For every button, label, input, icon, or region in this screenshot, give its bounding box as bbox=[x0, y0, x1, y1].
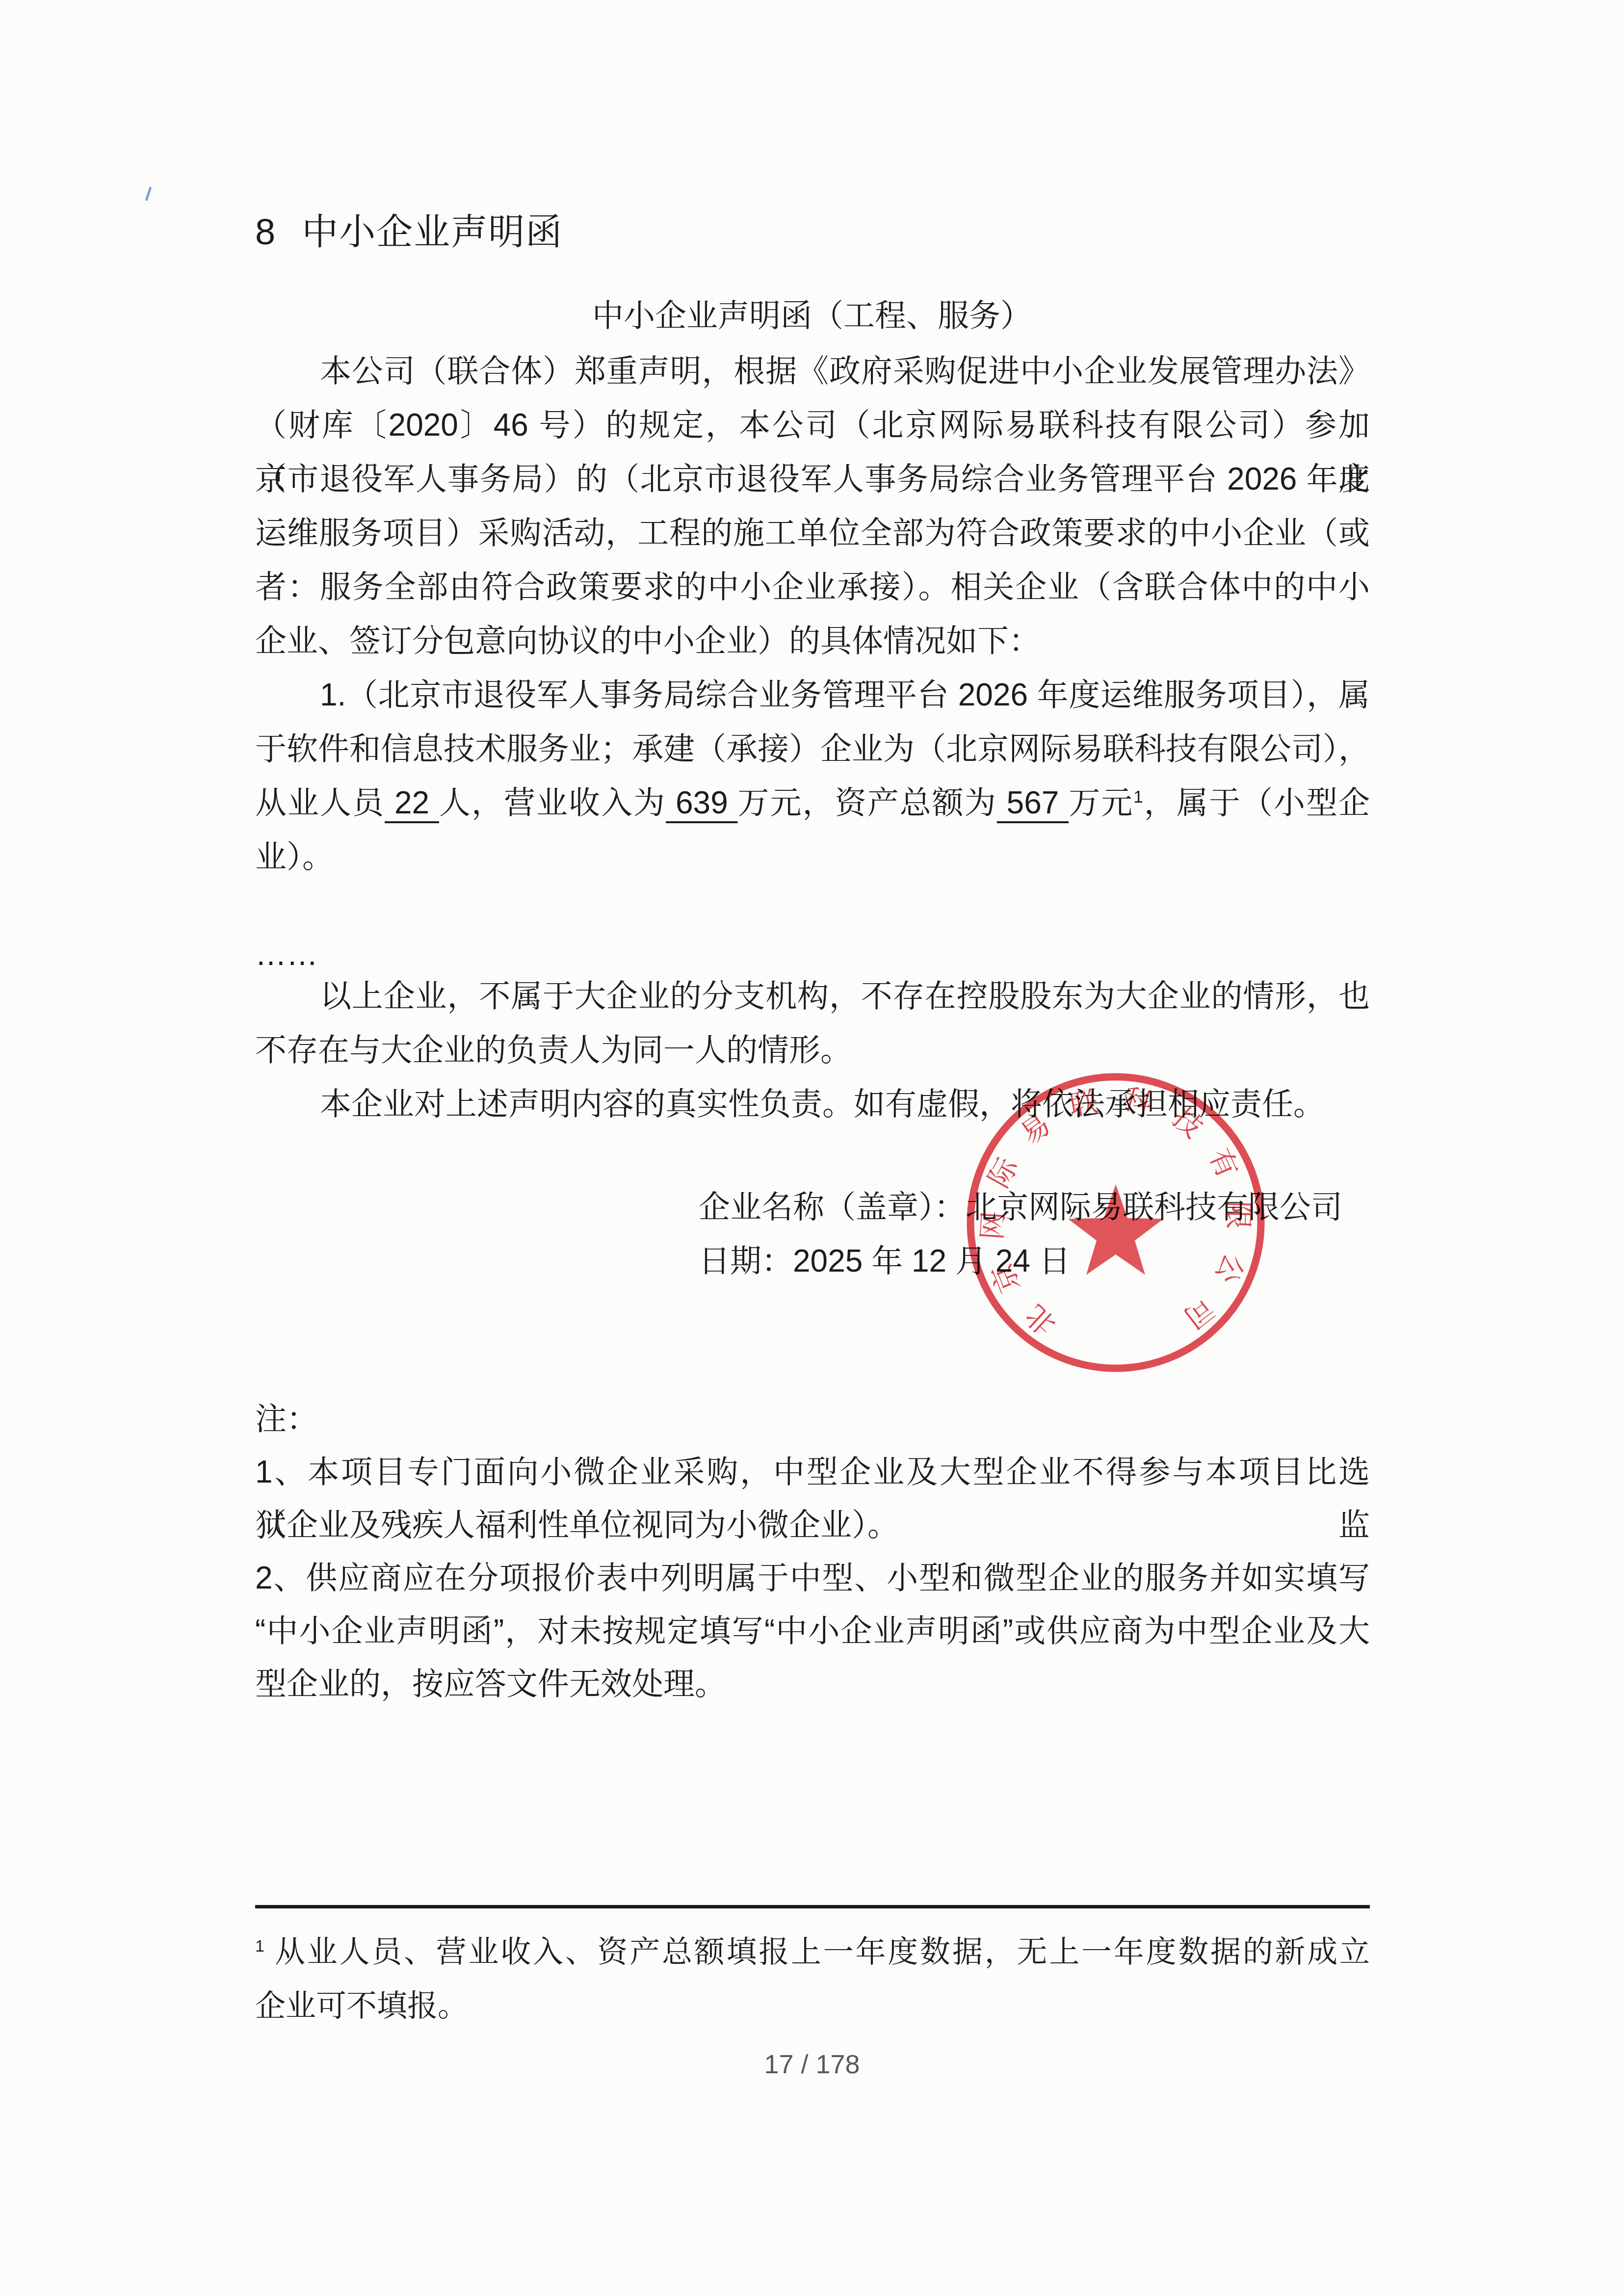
note-line: “中小企业声明函”，对未按规定填写“中小企业声明函”或供应商为中型企业及大 bbox=[255, 1604, 1370, 1657]
paragraph-line: 运维服务项目）采购活动，工程的施工单位全部为符合政策要求的中小企业（或 bbox=[255, 506, 1370, 560]
footnote-line: 企业可不填报。 bbox=[255, 1980, 1370, 2034]
note-line: 型企业的，按应答文件无效处理。 bbox=[255, 1657, 1370, 1710]
document-page: 8中小企业声明函 中小企业声明函（工程、服务） 本公司（联合体）郑重声明，根据《… bbox=[0, 0, 1624, 2296]
pen-mark bbox=[145, 186, 152, 201]
paragraph-line: 本公司（联合体）郑重声明，根据《政府采购促进中小企业发展管理办法》 bbox=[255, 344, 1370, 398]
note-line: 2、供应商应在分项报价表中列明属于中型、小型和微型企业的服务并如实填写 bbox=[255, 1551, 1370, 1604]
document-title: 中小企业声明函（工程、服务） bbox=[0, 288, 1624, 342]
paragraph-line-statistics: 从业人员 22 人，营业收入为 639 万元，资产总额为 567 万元1，属于（… bbox=[255, 776, 1370, 830]
stats-segment: 人，营业收入为 bbox=[439, 785, 666, 820]
revenue-value: 639 bbox=[666, 785, 737, 820]
footnote-section: 1 从业人员、营业收入、资产总额填报上一年度数据，无上一年度数据的新成立 企业可… bbox=[255, 1926, 1370, 2034]
footnote-separator-rule bbox=[255, 1905, 1370, 1908]
stats-segment: 万元，资产总额为 bbox=[738, 785, 997, 820]
footnote-number: 1 bbox=[255, 1937, 264, 1956]
stats-segment: 万元 bbox=[1069, 785, 1133, 820]
paragraph-line: 以上企业，不属于大企业的分支机构，不存在控股股东为大企业的情形，也 bbox=[255, 969, 1370, 1023]
seal-star-icon bbox=[1068, 1184, 1163, 1275]
paragraph-line: 1.（北京市退役军人事务局综合业务管理平台 2026 年度运维服务项目），属 bbox=[255, 668, 1370, 722]
notes-label: 注： bbox=[255, 1392, 1370, 1445]
employee-count-value: 22 bbox=[385, 785, 439, 820]
note-line: 1、本项目专门面向小微企业采购，中型企业及大型企业不得参与本项目比选（监 bbox=[255, 1445, 1370, 1498]
section-number: 8 bbox=[255, 208, 276, 256]
paragraph-line: 业）。 bbox=[255, 830, 1370, 884]
page-number-indicator: 17 / 178 bbox=[0, 2045, 1624, 2084]
section-heading: 8中小企业声明函 bbox=[255, 208, 563, 256]
notes-section: 注： 1、本项目专门面向小微企业采购，中型企业及大型企业不得参与本项目比选（监 … bbox=[255, 1392, 1370, 1710]
paragraph-line: 于软件和信息技术服务业；承建（承接）企业为（北京网际易联科技有限公司）， bbox=[255, 722, 1370, 776]
paragraph-line: （财库〔2020〕46 号）的规定，本公司（北京网际易联科技有限公司）参加（北 bbox=[255, 398, 1370, 452]
company-seal-stamp: 北京网际易联科技有限公司 bbox=[965, 1072, 1267, 1373]
paragraph-line: 企业、签订分包意向协议的中小企业）的具体情况如下： bbox=[255, 614, 1370, 668]
footnote-text: 从业人员、营业收入、资产总额填报上一年度数据，无上一年度数据的新成立 bbox=[264, 1935, 1370, 1969]
paragraph-line: 不存在与大企业的负责人为同一人的情形。 bbox=[255, 1023, 1370, 1077]
footnote-reference-mark: 1 bbox=[1133, 787, 1143, 807]
stats-segment: ，属于（小型企 bbox=[1143, 785, 1370, 820]
paragraph-line: 京市退役军人事务局）的（北京市退役军人事务局综合业务管理平台 2026 年度 bbox=[255, 452, 1370, 506]
stats-prefix: 从业人员 bbox=[255, 785, 385, 820]
footnote-line: 1 从业人员、营业收入、资产总额填报上一年度数据，无上一年度数据的新成立 bbox=[255, 1926, 1370, 1980]
assets-value: 567 bbox=[997, 785, 1069, 820]
paragraph-line: 者：服务全部由符合政策要求的中小企业承接）。相关企业（含联合体中的中小 bbox=[255, 560, 1370, 614]
declaration-body: 本公司（联合体）郑重声明，根据《政府采购促进中小企业发展管理办法》 （财库〔20… bbox=[255, 344, 1370, 884]
section-title: 中小企业声明函 bbox=[302, 211, 563, 252]
